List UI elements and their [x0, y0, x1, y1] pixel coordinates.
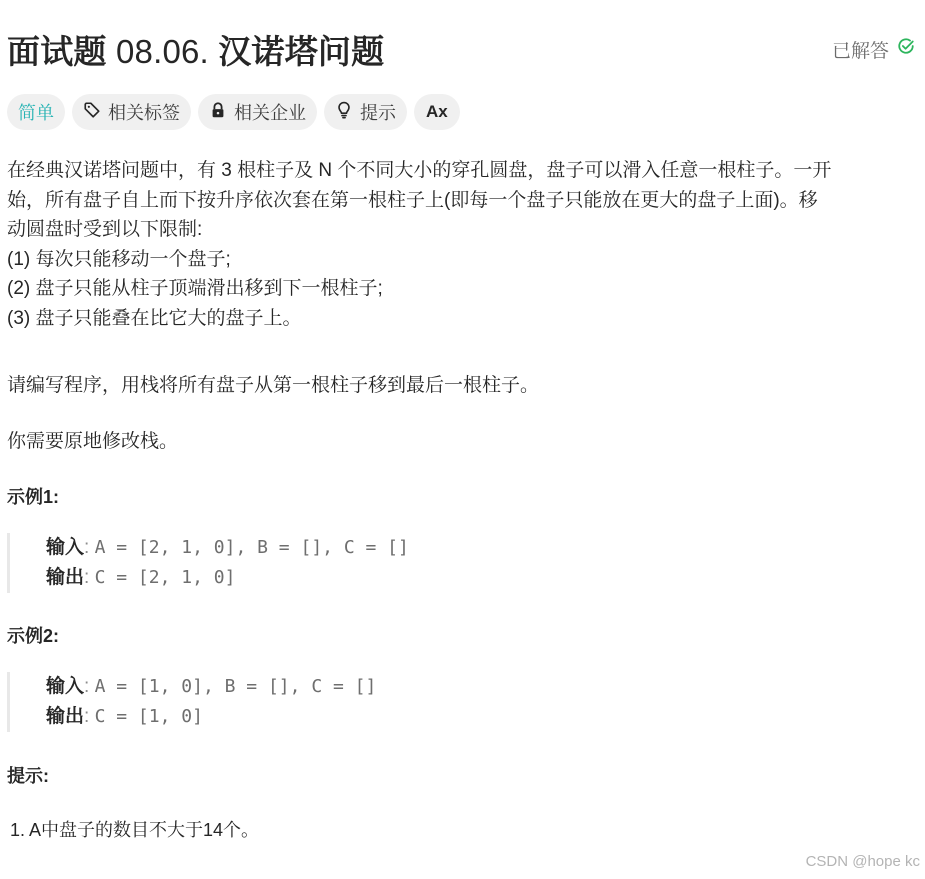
- output-value: C = [2, 1, 0]: [95, 567, 236, 588]
- input-value: A = [2, 1, 0], B = [], C = []: [95, 537, 409, 558]
- tag-icon: [83, 101, 101, 124]
- lock-icon: [209, 101, 227, 124]
- input-label: 输入: [46, 537, 84, 558]
- example-1-title: 示例1:: [7, 483, 59, 509]
- output-value: C = [1, 0]: [95, 706, 203, 727]
- related-companies-label: 相关企业: [234, 99, 306, 125]
- title-number: 08.06.: [116, 33, 209, 70]
- constraints-list: 1. A中盘子的数目不大于14个。: [10, 816, 259, 842]
- example-2-input: 输入: A = [1, 0], B = [], C = []: [46, 672, 507, 702]
- example-2-block: 输入: A = [1, 0], B = [], C = [] 输出: C = […: [7, 672, 507, 732]
- example-1-output: 输出: C = [2, 1, 0]: [46, 563, 507, 593]
- output-label: 输出: [46, 567, 84, 588]
- translate-button[interactable]: Ax: [414, 94, 460, 130]
- difficulty-badge: 简单: [7, 94, 65, 130]
- note-text: 你需要原地修改栈。: [7, 426, 178, 453]
- page-title[interactable]: 面试题 08.06. 汉诺塔问题: [7, 26, 384, 73]
- hints-label: 提示: [360, 99, 396, 125]
- related-companies-button[interactable]: 相关企业: [198, 94, 317, 130]
- output-label: 输出: [46, 706, 84, 727]
- example-1-input: 输入: A = [2, 1, 0], B = [], C = []: [46, 533, 507, 563]
- constraint-item: 1. A中盘子的数目不大于14个。: [10, 816, 259, 842]
- solved-label: 已解答: [832, 36, 889, 63]
- example-2-output: 输出: C = [1, 0]: [46, 702, 507, 732]
- watermark: CSDN @hope kc: [806, 853, 920, 870]
- description-line: (3) 盘子只能叠在比它大的盘子上。: [7, 304, 922, 334]
- title-name: 汉诺塔问题: [209, 33, 384, 70]
- problem-page: 面试题 08.06. 汉诺塔问题 已解答 简单 相关标签: [0, 0, 925, 879]
- task-text: 请编写程序，用栈将所有盘子从第一根柱子移到最后一根柱子。: [7, 370, 539, 397]
- difficulty-label: 简单: [18, 99, 54, 125]
- check-circle-icon: [897, 37, 915, 61]
- title-prefix: 面试题: [7, 33, 116, 70]
- description-line: (2) 盘子只能从柱子顶端滑出移到下一根柱子;: [7, 274, 922, 304]
- problem-description: 在经典汉诺塔问题中，有 3 根柱子及 N 个不同大小的穿孔圆盘，盘子可以滑入任意…: [7, 156, 922, 333]
- related-tags-button[interactable]: 相关标签: [72, 94, 191, 130]
- solved-status: 已解答: [832, 36, 919, 63]
- example-1-block: 输入: A = [2, 1, 0], B = [], C = [] 输出: C …: [7, 533, 507, 593]
- description-line: 动圆盘时受到以下限制:: [7, 215, 922, 245]
- hints-button[interactable]: 提示: [324, 94, 407, 130]
- input-value: A = [1, 0], B = [], C = []: [95, 676, 377, 697]
- description-line: (1) 每次只能移动一个盘子;: [7, 245, 922, 275]
- example-2-title: 示例2:: [7, 622, 59, 648]
- lightbulb-icon: [335, 101, 353, 124]
- related-tags-label: 相关标签: [108, 99, 180, 125]
- translate-icon: Ax: [426, 102, 448, 122]
- title-row: 面试题 08.06. 汉诺塔问题 已解答: [7, 26, 919, 72]
- tag-bar: 简单 相关标签 相关企业: [7, 94, 460, 130]
- description-line: 始，所有盘子自上而下按升序依次套在第一根柱子上(即每一个盘子只能放在更大的盘子上…: [7, 186, 922, 216]
- input-label: 输入: [46, 676, 84, 697]
- description-line: 在经典汉诺塔问题中，有 3 根柱子及 N 个不同大小的穿孔圆盘，盘子可以滑入任意…: [7, 156, 922, 186]
- constraints-title: 提示:: [7, 762, 49, 788]
